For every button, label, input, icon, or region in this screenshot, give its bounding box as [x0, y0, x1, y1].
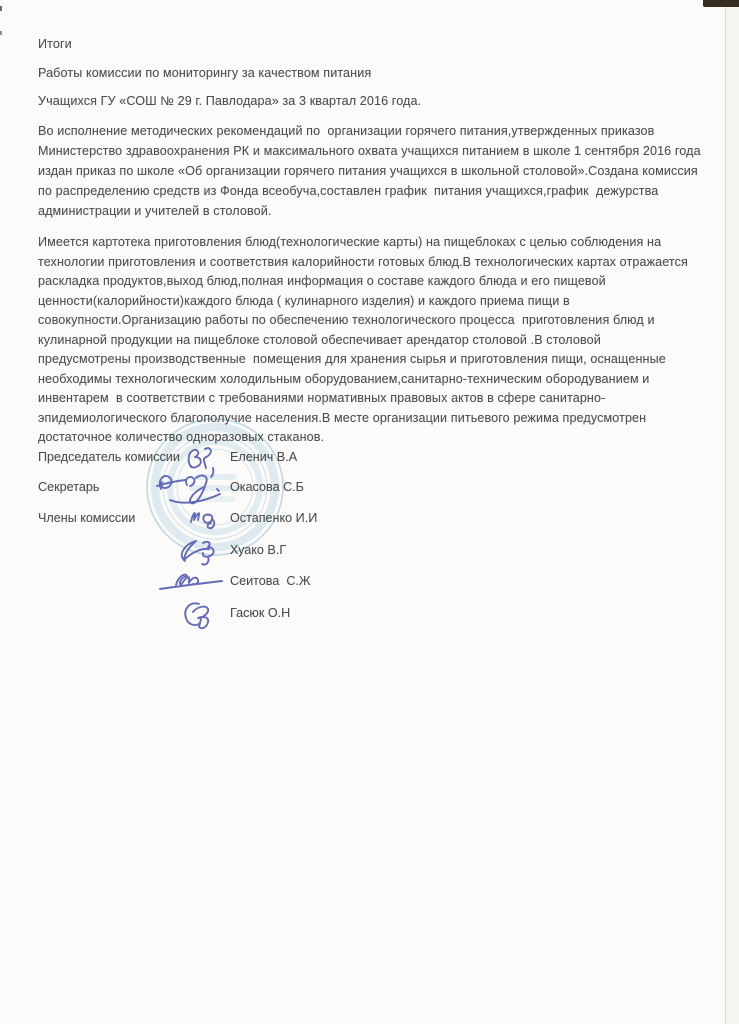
- signature-okasova: [157, 476, 220, 504]
- doc-subtitle-2: Учащихся ГУ «СОШ № 29 г. Павлодара» за 3…: [38, 91, 421, 111]
- scan-corner-mark: [703, 0, 739, 7]
- paragraph-1: Во исполнение методических рекомендаций …: [38, 121, 701, 221]
- paragraph-2: Имеется картотека приготовления блюд(тех…: [38, 233, 688, 448]
- signature-seitova: [160, 575, 222, 589]
- signatory-name: Еленич В.А: [230, 450, 297, 464]
- scanned-document-page: Итоги Работы комиссии по мониторингу за …: [0, 0, 739, 1024]
- scan-page-edge-line: [725, 0, 726, 1024]
- signature-gasyuk: [185, 603, 208, 628]
- signatory-role: Председатель комиссии: [38, 450, 180, 464]
- signature-khuako: [182, 541, 214, 565]
- doc-subtitle: Работы комиссии по мониторингу за качест…: [38, 63, 371, 83]
- signature-elenich: [189, 448, 214, 477]
- scan-page-edge-strip: [726, 0, 739, 1024]
- signatory-name: Остапенко И.И: [230, 511, 317, 525]
- scan-speck: [0, 31, 2, 35]
- scan-speck: [0, 6, 2, 11]
- signatory-name: Сеитова С.Ж: [230, 574, 311, 588]
- doc-title: Итоги: [38, 34, 72, 54]
- signatory-name: Хуако В.Г: [230, 543, 286, 557]
- signature-ostapenko: [191, 513, 214, 528]
- signatory-name: Гасюк О.Н: [230, 606, 290, 620]
- signatory-role: Члены комиссии: [38, 511, 135, 525]
- signatory-name: Окасова С.Б: [230, 480, 304, 494]
- signatory-role: Секретарь: [38, 480, 99, 494]
